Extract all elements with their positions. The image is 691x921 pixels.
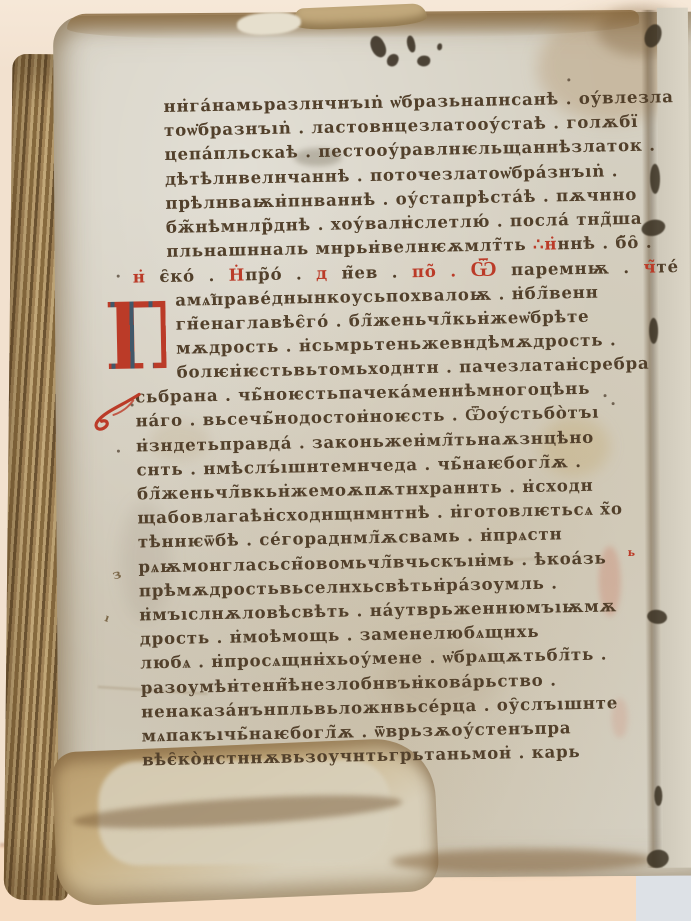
adjacent-leaf (657, 8, 691, 868)
sewing-hole (649, 318, 658, 344)
wormhole (117, 450, 120, 453)
body-text: паремнѭ . (497, 257, 643, 280)
rubric-text: д (316, 263, 342, 283)
drop-cap-initial: П (103, 290, 167, 391)
rubric-text: ∴н̇ (533, 234, 558, 254)
sewing-hole (650, 164, 660, 194)
body-text: н̃ев . (341, 262, 412, 283)
wormhole (117, 275, 120, 278)
ink-blot (416, 54, 431, 67)
body-text: ннѣ . б̃о̑ . (557, 232, 652, 254)
margin-mark: ь (628, 546, 636, 559)
initial-flourish-icon (87, 390, 148, 437)
body-text: те́ . а̃ . (656, 255, 691, 277)
rubric-text: Ѿ (470, 256, 498, 282)
ink-blot (405, 35, 417, 54)
sewing-hole (654, 786, 662, 806)
rubric-text: ч̃ (643, 257, 656, 277)
ink-blot (385, 52, 400, 68)
text-block: П нн̇га́намьразлнчнъıṅ ѡ̇бразьнапнсанѣ .… (127, 85, 648, 772)
open-book: П нн̇га́намьразлнчнъıṅ ѡ̇бразьнапнсанѣ .… (0, 0, 691, 921)
ink-blot (367, 34, 390, 60)
body-text: пр̃о́ . (245, 263, 316, 284)
manuscript-photo: П нн̇га́намьразлнчнъıṅ ѡ̇бразьнапнсанѣ .… (0, 0, 691, 921)
rubric-text: Н̇ (228, 265, 245, 285)
ink-blot-marks (363, 29, 459, 78)
rubric-text: по̃ . (412, 260, 471, 281)
wormhole (567, 78, 570, 81)
ink-blot (437, 43, 442, 50)
